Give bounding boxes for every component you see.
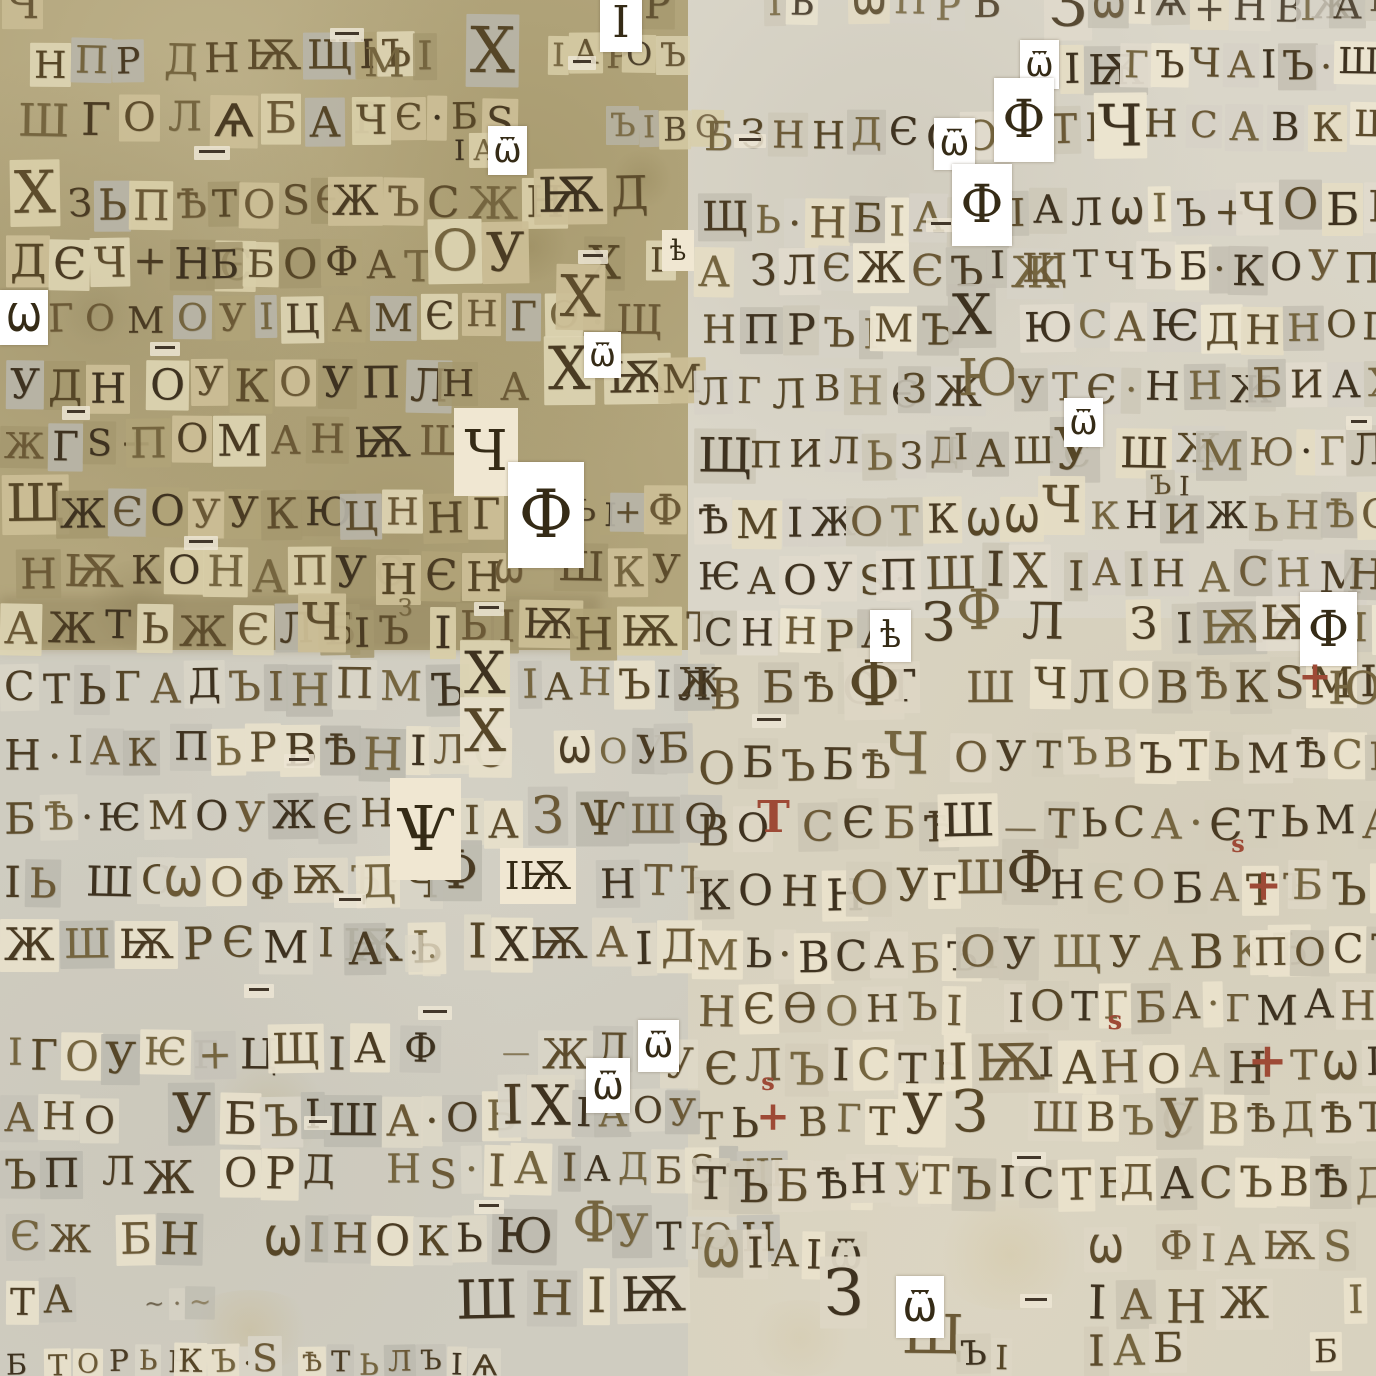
letter-glyph: Ч <box>1094 92 1147 159</box>
letter-glyph: Н <box>1183 364 1226 411</box>
letter-glyph: А <box>592 917 632 966</box>
letter-glyph: І <box>1370 863 1376 913</box>
letter-glyph: О <box>629 1088 668 1132</box>
letter-row-segment: ЗЛЄЖЄЪІЖ <box>746 246 1061 297</box>
red-cross-1: + <box>1292 648 1338 706</box>
letter-glyph: Б <box>758 662 799 714</box>
letter-glyph: В <box>694 806 734 856</box>
letter-glyph: Р <box>245 723 281 772</box>
letter-glyph: Ѣ <box>1310 1156 1352 1209</box>
letter-glyph: Ѕ <box>83 421 116 465</box>
letter-glyph: Д <box>159 35 202 85</box>
letter-glyph: І <box>1172 603 1198 653</box>
letter-glyph: Ѣ <box>39 794 77 841</box>
letter-row-segment: І <box>1344 1280 1367 1326</box>
letter-glyph: Л <box>164 93 206 141</box>
letter-glyph: С <box>1233 549 1272 597</box>
letter-row-segment: ѠПРЪ <box>848 0 1005 30</box>
letter-glyph: І <box>985 243 1009 288</box>
letter-glyph: Є <box>49 239 91 291</box>
letter-glyph: З <box>64 181 97 227</box>
titlo-mark <box>194 146 230 160</box>
letter-glyph: К <box>608 548 648 597</box>
highlight-fita-1-glyph: Ф <box>1002 94 1045 146</box>
letter-glyph: І <box>941 986 966 1035</box>
letter-glyph: І <box>464 914 491 970</box>
letter-glyph: Г <box>1314 430 1348 476</box>
letter-glyph: О <box>694 743 740 796</box>
letter-glyph: І <box>1344 1278 1368 1325</box>
letter-glyph: Л <box>1346 425 1376 476</box>
red-cross-t: Т <box>748 786 799 850</box>
letter-glyph: А <box>694 247 735 297</box>
letter-glyph: Д <box>847 110 886 155</box>
letter-glyph: Ь <box>1076 800 1111 847</box>
letter-glyph: Ѳ <box>779 984 821 1033</box>
letter-glyph: Ь <box>452 1215 487 1262</box>
letter-glyph: Л <box>824 429 863 473</box>
letter-glyph: · <box>388 941 406 977</box>
letter-glyph: У <box>1156 1088 1203 1150</box>
letter-glyph: А <box>38 1277 76 1323</box>
letter-glyph: Ж <box>0 919 59 972</box>
letter-glyph: І <box>324 1028 350 1081</box>
titlo-mark <box>150 342 180 356</box>
letter-glyph: П <box>1341 245 1376 295</box>
letter-glyph: А <box>972 432 1009 478</box>
letter-glyph: Н <box>1229 0 1271 31</box>
letter-glyph: + <box>1190 0 1229 30</box>
letter-row-segment: ПОСЪЛАА <box>1250 928 1376 978</box>
letter-glyph: Б <box>654 723 694 773</box>
letter-glyph: Є <box>700 1043 743 1096</box>
letter-glyph: В <box>1152 661 1193 714</box>
letter-row-segment: ІАІН <box>1064 552 1189 601</box>
letter-glyph: Ю <box>1020 304 1077 353</box>
letter-glyph: Ч <box>1038 476 1086 535</box>
letter-glyph: А <box>1223 43 1259 87</box>
letter-glyph: В <box>659 110 691 149</box>
letter-row-segment: ОУ <box>956 928 1039 980</box>
letter-row-segment: ІА <box>1034 1040 1101 1094</box>
letter-glyph: Ѭ <box>59 546 128 599</box>
letter-glyph: Х <box>527 1075 575 1139</box>
letter-glyph: Д <box>184 660 226 708</box>
letter-glyph: О <box>1112 661 1153 709</box>
letter-glyph: П <box>288 546 332 594</box>
letter-glyph: Т <box>918 1156 954 1205</box>
letter-row-segment: Б <box>654 726 693 776</box>
titlo-mark <box>1346 416 1372 430</box>
letter-glyph: І <box>558 1146 582 1192</box>
letter-glyph: В <box>1365 0 1376 21</box>
manuscript-collage: ЧРІЬѠПРЪЗѠІѦ+НВЖГАВЬНПРДНѬЩІЪІМХІАРОЪІѬГ… <box>0 0 1376 1376</box>
letter-row-segment: Ш <box>938 794 998 847</box>
letter-glyph: Ь <box>1209 732 1245 781</box>
letter-glyph: І <box>350 610 375 658</box>
letter-row-segment: КЪ· <box>174 1344 257 1376</box>
letter-glyph: Ъ <box>1366 926 1376 974</box>
letter-glyph: У <box>898 1083 947 1148</box>
letter-glyph: Ф <box>321 239 362 286</box>
letter-glyph: · <box>405 935 423 972</box>
letter-row-segment: Л <box>1018 590 1068 648</box>
letter-glyph: М <box>143 793 192 840</box>
letter-glyph: Т <box>694 1104 727 1149</box>
letter-glyph: І <box>764 0 786 26</box>
letter-glyph: О <box>1127 861 1169 909</box>
letter-glyph: І <box>583 1268 611 1325</box>
letter-glyph: Л <box>768 370 811 418</box>
letter-glyph: Ж <box>538 1030 593 1079</box>
letter-glyph: Ш <box>14 94 74 147</box>
letter-row-segment: Х <box>10 162 60 229</box>
letter-glyph: · <box>1184 798 1207 850</box>
letter-glyph: Г <box>1358 304 1376 349</box>
letter-row-segment: ѤМОУЖЄНѢ <box>94 794 435 843</box>
letter-glyph: Ѡ <box>1084 1227 1128 1272</box>
letter-glyph: Р <box>261 1148 300 1200</box>
letter-glyph: Н <box>0 731 45 781</box>
letter-glyph: Х <box>466 14 520 87</box>
highlight-stroke-glyph: І <box>612 1 629 45</box>
letter-row-segment: БѢ· <box>0 796 97 847</box>
letter-row-segment: НѬКОНАПУС <box>16 548 407 600</box>
letter-row-segment: МЪ <box>376 664 470 716</box>
letter-glyph: І <box>885 197 910 246</box>
letter-glyph: П <box>332 660 378 710</box>
letter-glyph: + <box>194 1031 237 1080</box>
letter-glyph: І <box>631 923 658 976</box>
letter-glyph: А <box>1185 1040 1224 1088</box>
letter-glyph: І <box>1196 1226 1220 1272</box>
letter-row-segment: Ю <box>954 350 1023 409</box>
letter-glyph: Ю <box>1245 429 1299 475</box>
letter-glyph: І <box>548 36 569 75</box>
letter-glyph: Б <box>700 114 738 162</box>
letter-glyph: Г <box>26 1031 62 1081</box>
letter-glyph: І <box>1034 1038 1059 1086</box>
letter-glyph: Т <box>692 1158 730 1211</box>
letter-glyph: І <box>460 798 484 845</box>
letter-glyph: Ъ <box>1063 729 1102 775</box>
letter-glyph: О <box>1290 930 1330 976</box>
highlight-ot-3-glyph: ѿ <box>939 126 969 162</box>
letter-row-segment: ІХ <box>498 1074 575 1138</box>
letter-glyph: Б <box>848 196 886 244</box>
letter-glyph: Б <box>0 794 40 845</box>
letter-row-segment: НЄѲОНЪІ <box>694 986 966 1036</box>
letter-row-segment: СН <box>700 612 777 657</box>
letter-glyph: Т <box>101 603 136 650</box>
letter-glyph: Ѕ <box>425 1151 461 1199</box>
highlight-stroke: І <box>600 0 642 52</box>
letter-glyph: Ъ <box>819 309 860 357</box>
letter-glyph: К <box>1227 246 1268 296</box>
letter-glyph: В <box>1204 1094 1244 1145</box>
letter-glyph: А <box>86 728 124 775</box>
letter-glyph: П <box>1362 1039 1376 1086</box>
letter-glyph: Щ <box>268 1024 325 1074</box>
letter-glyph: Н <box>1046 862 1089 909</box>
letter-glyph: Н <box>422 493 468 544</box>
highlight-yat-1-glyph: ѣ <box>880 618 902 654</box>
letter-row-segment: Ч <box>298 596 346 655</box>
letter-glyph: А <box>1029 188 1067 234</box>
letter-glyph: Ь <box>137 604 174 654</box>
letter-glyph: Ѥ <box>694 554 745 599</box>
letter-glyph: О <box>1026 981 1069 1030</box>
letter-glyph: Ж <box>268 793 320 839</box>
letter-glyph: І <box>64 729 87 774</box>
letter-glyph: Ь <box>862 433 898 481</box>
letter-glyph: М <box>360 40 409 88</box>
letter-glyph: Н <box>777 866 823 917</box>
letter-row-segment: СЄБѢ <box>798 800 959 852</box>
letter-glyph: О <box>275 359 316 406</box>
letter-glyph: І <box>0 858 25 909</box>
letter-row-segment: АНО <box>0 1096 119 1143</box>
letter-glyph: Ч <box>1186 40 1226 88</box>
letter-row-segment: ФІАѬЅ <box>1156 1224 1356 1273</box>
letter-glyph: Н <box>462 293 502 336</box>
letter-glyph: Ь <box>751 198 785 244</box>
letter-glyph: У <box>819 555 856 602</box>
letter-glyph: Л <box>694 370 734 415</box>
letter-glyph: Ъ <box>1136 241 1177 289</box>
letter-glyph: З <box>948 1078 993 1145</box>
letter-glyph: Ш <box>59 920 114 969</box>
letter-glyph: Д <box>44 361 86 410</box>
letter-glyph: С <box>1019 1160 1059 1209</box>
titlo-mark <box>568 56 596 70</box>
letter-row-segment: БЪІЄТ <box>1288 862 1376 914</box>
letter-glyph: А <box>247 551 290 604</box>
letter-glyph: Н <box>596 860 640 909</box>
letter-row-segment: ТА <box>6 1278 76 1323</box>
letter-row-segment: ОУ <box>428 220 529 285</box>
letter-glyph: О <box>1322 302 1361 347</box>
letter-glyph: П <box>890 0 931 24</box>
red-s-2: ѕ <box>1100 1002 1130 1040</box>
letter-glyph: Х <box>460 697 510 765</box>
letter-glyph: А <box>1372 605 1376 655</box>
letter-glyph: Ш <box>1028 1093 1083 1142</box>
letter-glyph: Т <box>1069 242 1103 287</box>
titlo-mark <box>1020 1294 1052 1308</box>
letter-glyph: Б <box>818 739 859 791</box>
letter-glyph: А <box>870 931 908 978</box>
letter-glyph: Ъ <box>903 985 942 1031</box>
letter-glyph: С <box>1356 491 1376 539</box>
highlight-omega-1: Ѡ <box>0 290 48 345</box>
letter-glyph: Ѣ <box>298 1347 326 1376</box>
letter-row-segment: Х <box>948 286 996 350</box>
letter-row-segment: В <box>706 668 745 718</box>
letter-glyph: Г <box>48 423 83 471</box>
letter-glyph: Ч <box>89 237 130 287</box>
letter-glyph: Ч <box>2 0 43 29</box>
letter-glyph: Н <box>694 987 740 1038</box>
letter-glyph: А <box>146 664 185 712</box>
letter-row-segment: Ч <box>2 0 43 28</box>
letter-glyph: Н <box>1336 982 1376 1030</box>
letter-glyph: Т <box>865 1099 899 1146</box>
letter-glyph: Ѧ <box>468 1348 501 1376</box>
letter-glyph: Л <box>778 248 820 296</box>
letter-row-segment: ѢМІЖ <box>694 500 860 549</box>
letter-glyph: О <box>146 487 190 538</box>
letter-glyph: Ч <box>298 593 346 653</box>
letter-glyph: Ѭ <box>534 168 608 225</box>
letter-glyph: К <box>1086 494 1123 539</box>
letter-glyph: О <box>821 988 863 1037</box>
letter-glyph: Ж <box>0 426 48 469</box>
letter-row-segment: ІА <box>484 1144 551 1196</box>
letter-glyph: У <box>168 1083 216 1146</box>
letter-glyph: М <box>870 306 918 352</box>
letter-row-segment: ЛЖ <box>98 1150 198 1203</box>
letter-glyph: І <box>1004 984 1028 1032</box>
letter-glyph: Л <box>383 1344 415 1376</box>
letter-row-segment: КОНН <box>694 868 869 919</box>
letter-glyph: У <box>101 1034 141 1085</box>
highlight-omega-1-glyph: Ѡ <box>6 299 41 337</box>
letter-glyph: Б <box>1310 1332 1342 1371</box>
letter-glyph: Є <box>907 246 948 297</box>
letter-row-segment: ОБЪБѢ <box>694 740 894 793</box>
letter-glyph: Є <box>739 984 780 1034</box>
letter-glyph: І <box>743 1229 768 1279</box>
highlight-fita-4-glyph: Ф <box>1308 604 1350 654</box>
letter-glyph: О <box>81 296 119 340</box>
red-cross-2-glyph: + <box>1245 864 1282 908</box>
letter-glyph: — <box>498 1035 534 1069</box>
titlo-mark <box>184 536 218 550</box>
red-cross-3: + <box>1240 1026 1295 1096</box>
letter-glyph: Є <box>421 551 462 602</box>
letter-row-segment: КНИЖЬНѢСТЅ <box>1086 494 1376 542</box>
letter-glyph: Є <box>837 798 879 849</box>
letter-glyph: Ѣ <box>171 180 210 228</box>
letter-row-segment: Ѱ <box>576 790 629 845</box>
letter-glyph: П <box>70 37 112 83</box>
letter-glyph: І <box>1129 0 1152 24</box>
letter-glyph: А <box>484 801 523 849</box>
letter-glyph: Ь <box>74 665 111 715</box>
titlo-mark <box>304 1116 332 1130</box>
letter-glyph: У <box>648 546 685 593</box>
highlight-ot-8-glyph: ѿ <box>902 1286 937 1328</box>
titlo-mark <box>752 714 786 728</box>
letter-glyph: Б <box>1322 183 1363 236</box>
letter-glyph: І <box>313 919 337 967</box>
letter-glyph: Д <box>299 1147 340 1194</box>
letter-glyph: У <box>1304 241 1343 291</box>
letter-glyph: А <box>266 417 304 464</box>
letter-row-segment: ~·~ <box>140 1288 215 1321</box>
letter-glyph: І <box>652 662 676 708</box>
letter-glyph: Ѡ <box>1088 0 1130 28</box>
letter-glyph: У <box>317 359 356 409</box>
letter-glyph: Щ <box>1048 926 1106 978</box>
letter-row-segment: БИАХ <box>1248 362 1376 410</box>
letter-glyph: Ж <box>853 243 909 293</box>
letter-glyph: Б <box>1130 983 1170 1034</box>
letter-glyph: А <box>344 923 387 976</box>
letter-glyph: Б <box>879 798 920 850</box>
letter-glyph: Ѭ <box>526 919 592 969</box>
letter-row-segment: МЪ <box>870 306 959 356</box>
letter-glyph: Ж <box>1201 494 1251 538</box>
letter-row-segment: ѬАІД <box>526 920 702 973</box>
letter-glyph: Н <box>200 34 244 83</box>
letter-glyph: А <box>1143 928 1186 982</box>
letter-glyph: О <box>846 498 887 546</box>
letter-row-segment: МЬ·ВСАБЪІ <box>692 932 1001 983</box>
letter-glyph: Д <box>6 235 50 287</box>
letter-glyph: Ѣ <box>1291 729 1331 778</box>
letter-glyph: О <box>60 1032 102 1081</box>
letter-glyph: У <box>231 793 270 842</box>
letter-glyph: Н <box>570 608 617 661</box>
letter-glyph: Ф <box>1156 1224 1197 1271</box>
letter-row-segment: ··· <box>388 938 441 977</box>
letter-row-segment: НПР <box>30 40 144 85</box>
letter-row-segment: ЗЬПѢТОЅЄ <box>64 180 347 231</box>
letter-row-segment: Ш <box>962 664 1019 714</box>
letter-glyph: А <box>305 97 345 146</box>
letter-glyph: Н <box>1140 101 1182 147</box>
letter-glyph: А <box>743 559 780 604</box>
letter-glyph: Н <box>780 608 821 653</box>
letter-row-segment: ТЪВЪТЬМѢСВН <box>1032 732 1376 782</box>
letter-glyph: М <box>376 662 427 711</box>
letter-glyph: П <box>40 1151 83 1199</box>
letter-glyph: Ц <box>281 296 324 344</box>
letter-glyph: І <box>783 499 807 547</box>
letter-glyph: · <box>44 732 65 781</box>
letter-glyph: Т <box>6 1281 39 1325</box>
letter-glyph: Б <box>738 738 778 789</box>
letter-glyph: В <box>1082 1095 1120 1142</box>
letter-glyph: Ш <box>324 1095 383 1147</box>
letter-glyph: О <box>779 556 821 605</box>
letter-glyph: Ь <box>25 859 61 908</box>
letter-row-segment: Х <box>466 14 519 87</box>
letter-glyph: Ь <box>135 1344 162 1376</box>
letter-row-segment: ЪІ <box>956 1336 1012 1376</box>
letter-glyph: Є <box>232 605 273 656</box>
letter-glyph: Б <box>116 1214 157 1265</box>
letter-glyph: Ж <box>56 490 110 538</box>
letter-glyph: Ѭ <box>349 417 415 467</box>
letter-glyph: Є <box>1087 863 1129 914</box>
titlo-mark <box>474 602 504 616</box>
letter-glyph: Ѣ <box>1321 492 1359 539</box>
letter-glyph: Ь <box>94 181 131 232</box>
letter-glyph: Н <box>16 549 61 599</box>
letter-glyph: Ш <box>82 857 138 907</box>
letter-row-segment: Ф <box>952 582 1006 646</box>
letter-glyph: Є <box>421 294 459 340</box>
letter-glyph: Х <box>555 264 605 331</box>
letter-row-segment: Ч <box>1094 90 1147 156</box>
letter-glyph: І <box>4 1030 27 1074</box>
letter-glyph: Н <box>1148 551 1189 596</box>
letter-glyph: О <box>428 219 483 285</box>
letter-glyph: Л <box>1066 190 1106 235</box>
